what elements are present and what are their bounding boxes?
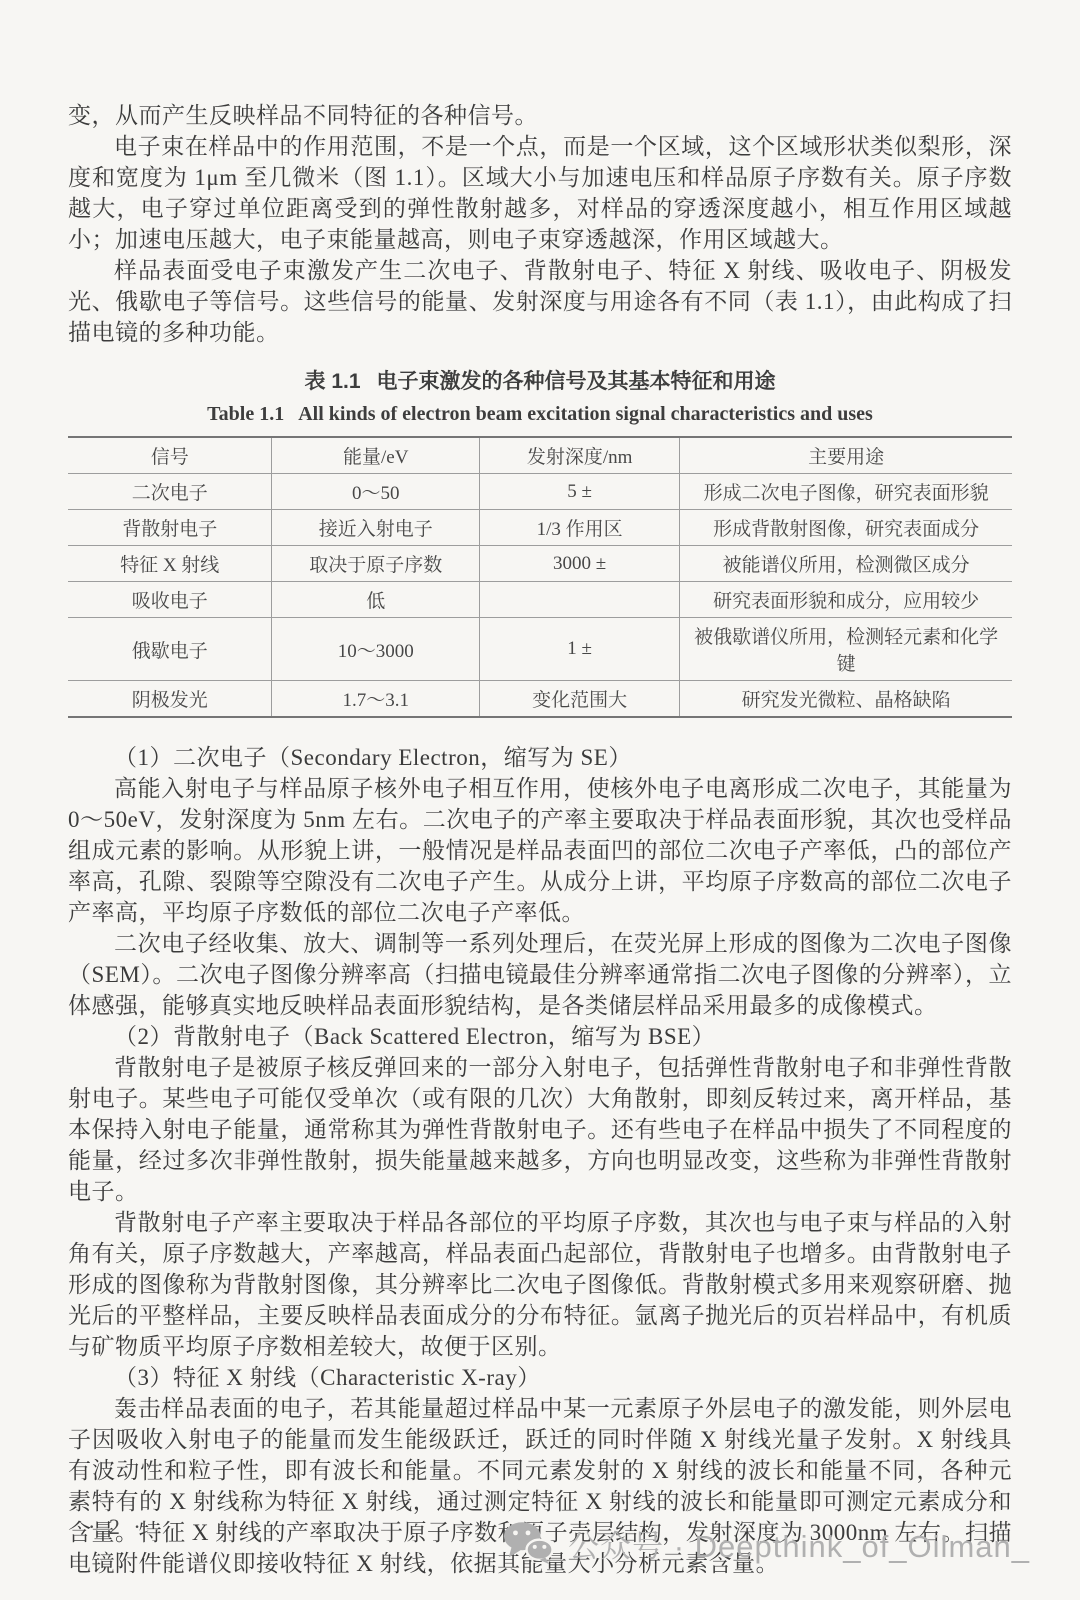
table-cell: 研究发光微粒、晶格缺陷 — [680, 681, 1012, 718]
table-cell: 被俄歇谱仪所用，检测轻元素和化学键 — [680, 618, 1012, 681]
table-cell: 被能谱仪所用，检测微区成分 — [680, 546, 1012, 582]
table-header-cell: 信号 — [68, 437, 272, 474]
table-cell: 俄歇电子 — [68, 618, 272, 681]
table-cell: 1/3 作用区 — [480, 510, 680, 546]
body-paragraph: 背散射电子产率主要取决于样品各部位的平均原子序数，其次也与电子束与样品的入射角有… — [68, 1207, 1012, 1362]
table-cell: 吸收电子 — [68, 582, 272, 618]
table-caption-zh: 表 1.1电子束激发的各种信号及其基本特征和用途 — [68, 368, 1012, 396]
table-cell: 特征 X 射线 — [68, 546, 272, 582]
table-row: 特征 X 射线 取决于原子序数 3000 ± 被能谱仪所用，检测微区成分 — [68, 546, 1012, 582]
page-content: 变，从而产生反映样品不同特征的各种信号。 电子束在样品中的作用范围，不是一个点，… — [68, 100, 1012, 1579]
table-cell: 研究表面形貌和成分，应用较少 — [680, 582, 1012, 618]
table-row: 吸收电子 低 研究表面形貌和成分，应用较少 — [68, 582, 1012, 618]
table-header-cell: 发射深度/nm — [480, 437, 680, 474]
watermark-text: 公众号 · Deepthink_of_Oilman_ — [568, 1521, 1030, 1566]
table-header-cell: 能量/eV — [272, 437, 480, 474]
table-cell: 10～3000 — [272, 618, 480, 681]
table-row: 二次电子 0～50 5 ± 形成二次电子图像，研究表面形貌 — [68, 474, 1012, 510]
table-cell: 1 ± — [480, 618, 680, 681]
table-cell: 变化范围大 — [480, 681, 680, 718]
page-number: · 2 · — [88, 1514, 145, 1540]
section-heading-xray: （3）特征 X 射线（Characteristic X-ray） — [68, 1362, 1012, 1393]
table-caption-en-label: Table 1.1 — [207, 403, 284, 425]
wechat-icon — [502, 1520, 554, 1566]
table-header-cell: 主要用途 — [680, 437, 1012, 474]
table-cell: 5 ± — [480, 474, 680, 510]
intro-paragraph: 变，从而产生反映样品不同特征的各种信号。 — [68, 100, 1012, 131]
body-paragraph: 背散射电子是被原子核反弹回来的一部分入射电子，包括弹性背散射电子和非弹性背散射电… — [68, 1052, 1012, 1207]
table-cell: 形成背散射图像，研究表面成分 — [680, 510, 1012, 546]
intro-paragraph: 样品表面受电子束激发产生二次电子、背散射电子、特征 X 射线、吸收电子、阴极发光… — [68, 255, 1012, 348]
table-cell: 接近入射电子 — [272, 510, 480, 546]
table-cell: 3000 ± — [480, 546, 680, 582]
watermark: 公众号 · Deepthink_of_Oilman_ — [502, 1520, 1030, 1566]
table-caption-zh-title: 电子束激发的各种信号及其基本特征和用途 — [377, 370, 776, 393]
table-row: 阴极发光 1.7～3.1 变化范围大 研究发光微粒、晶格缺陷 — [68, 681, 1012, 718]
section-heading-se: （1）二次电子（Secondary Electron，缩写为 SE） — [68, 742, 1012, 773]
table-caption-en-title: All kinds of electron beam excitation si… — [298, 403, 873, 425]
table-row: 背散射电子 接近入射电子 1/3 作用区 形成背散射图像，研究表面成分 — [68, 510, 1012, 546]
table-cell: 背散射电子 — [68, 510, 272, 546]
table-cell — [480, 582, 680, 618]
table-cell: 低 — [272, 582, 480, 618]
table-caption-zh-label: 表 1.1 — [304, 370, 360, 393]
table-cell: 阴极发光 — [68, 681, 272, 718]
table-cell: 取决于原子序数 — [272, 546, 480, 582]
table-caption-en: Table 1.1All kinds of electron beam exci… — [68, 400, 1012, 428]
signals-table: 信号 能量/eV 发射深度/nm 主要用途 二次电子 0～50 5 ± 形成二次… — [68, 436, 1012, 718]
table-cell: 形成二次电子图像，研究表面形貌 — [680, 474, 1012, 510]
table-cell: 1.7～3.1 — [272, 681, 480, 718]
intro-paragraph: 电子束在样品中的作用范围，不是一个点，而是一个区域，这个区域形状类似梨形，深度和… — [68, 131, 1012, 255]
section-heading-bse: （2）背散射电子（Back Scattered Electron，缩写为 BSE… — [68, 1021, 1012, 1052]
table-header-row: 信号 能量/eV 发射深度/nm 主要用途 — [68, 437, 1012, 474]
table-row: 俄歇电子 10～3000 1 ± 被俄歇谱仪所用，检测轻元素和化学键 — [68, 618, 1012, 681]
body-paragraph: 二次电子经收集、放大、调制等一系列处理后，在荧光屏上形成的图像为二次电子图像（S… — [68, 928, 1012, 1021]
table-cell: 二次电子 — [68, 474, 272, 510]
table-cell: 0～50 — [272, 474, 480, 510]
body-paragraph: 高能入射电子与样品原子核外电子相互作用，使核外电子电离形成二次电子，其能量为 0… — [68, 773, 1012, 928]
